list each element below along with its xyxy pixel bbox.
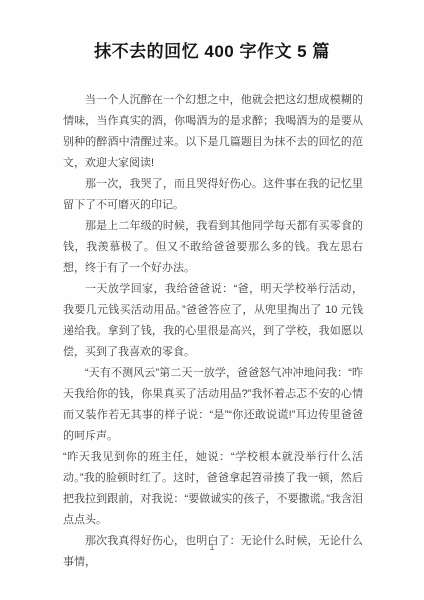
paragraph-intro: 当一个人沉醉在一个幻想之中，他就会把这幻想成模糊的情味，当作真实的酒，你喝酒为的… xyxy=(63,90,363,174)
paragraph-grade-two: 那是上二年级的时候，我看到其他同学每天都有买零食的钱，我羡慕极了。但又不敢给爸爸… xyxy=(63,216,363,279)
page-number: 1 xyxy=(0,541,424,553)
document-title: 抹不去的回忆 400 字作文 5 篇 xyxy=(30,42,394,62)
paragraph-teacher-reveal: “昨天我见到你的班主任，她说：“学校根本就没举行什么活动。”我的脸顿时红了。这时… xyxy=(63,447,363,531)
document-body: 当一个人沉醉在一个幻想之中，他就会把这幻想成模糊的情味，当作真实的酒，你喝酒为的… xyxy=(63,90,363,573)
paragraph-cried: 那一次，我哭了，而且哭得好伤心。这件事在我的记忆里留下了不可磨灭的印记。 xyxy=(63,174,363,216)
paragraph-father-question: “天有不测风云”第二天一放学，爸爸怒气冲冲地问我：“昨天我给你的钱，你果真买了活… xyxy=(63,363,363,447)
document-page: 抹不去的回忆 400 字作文 5 篇 当一个人沉醉在一个幻想之中，他就会把这幻想… xyxy=(0,0,424,600)
paragraph-ask-money: 一天放学回家，我给爸爸说：“爸，明天学校举行活动，我要几元钱买活动用品。”爸爸答… xyxy=(63,279,363,363)
